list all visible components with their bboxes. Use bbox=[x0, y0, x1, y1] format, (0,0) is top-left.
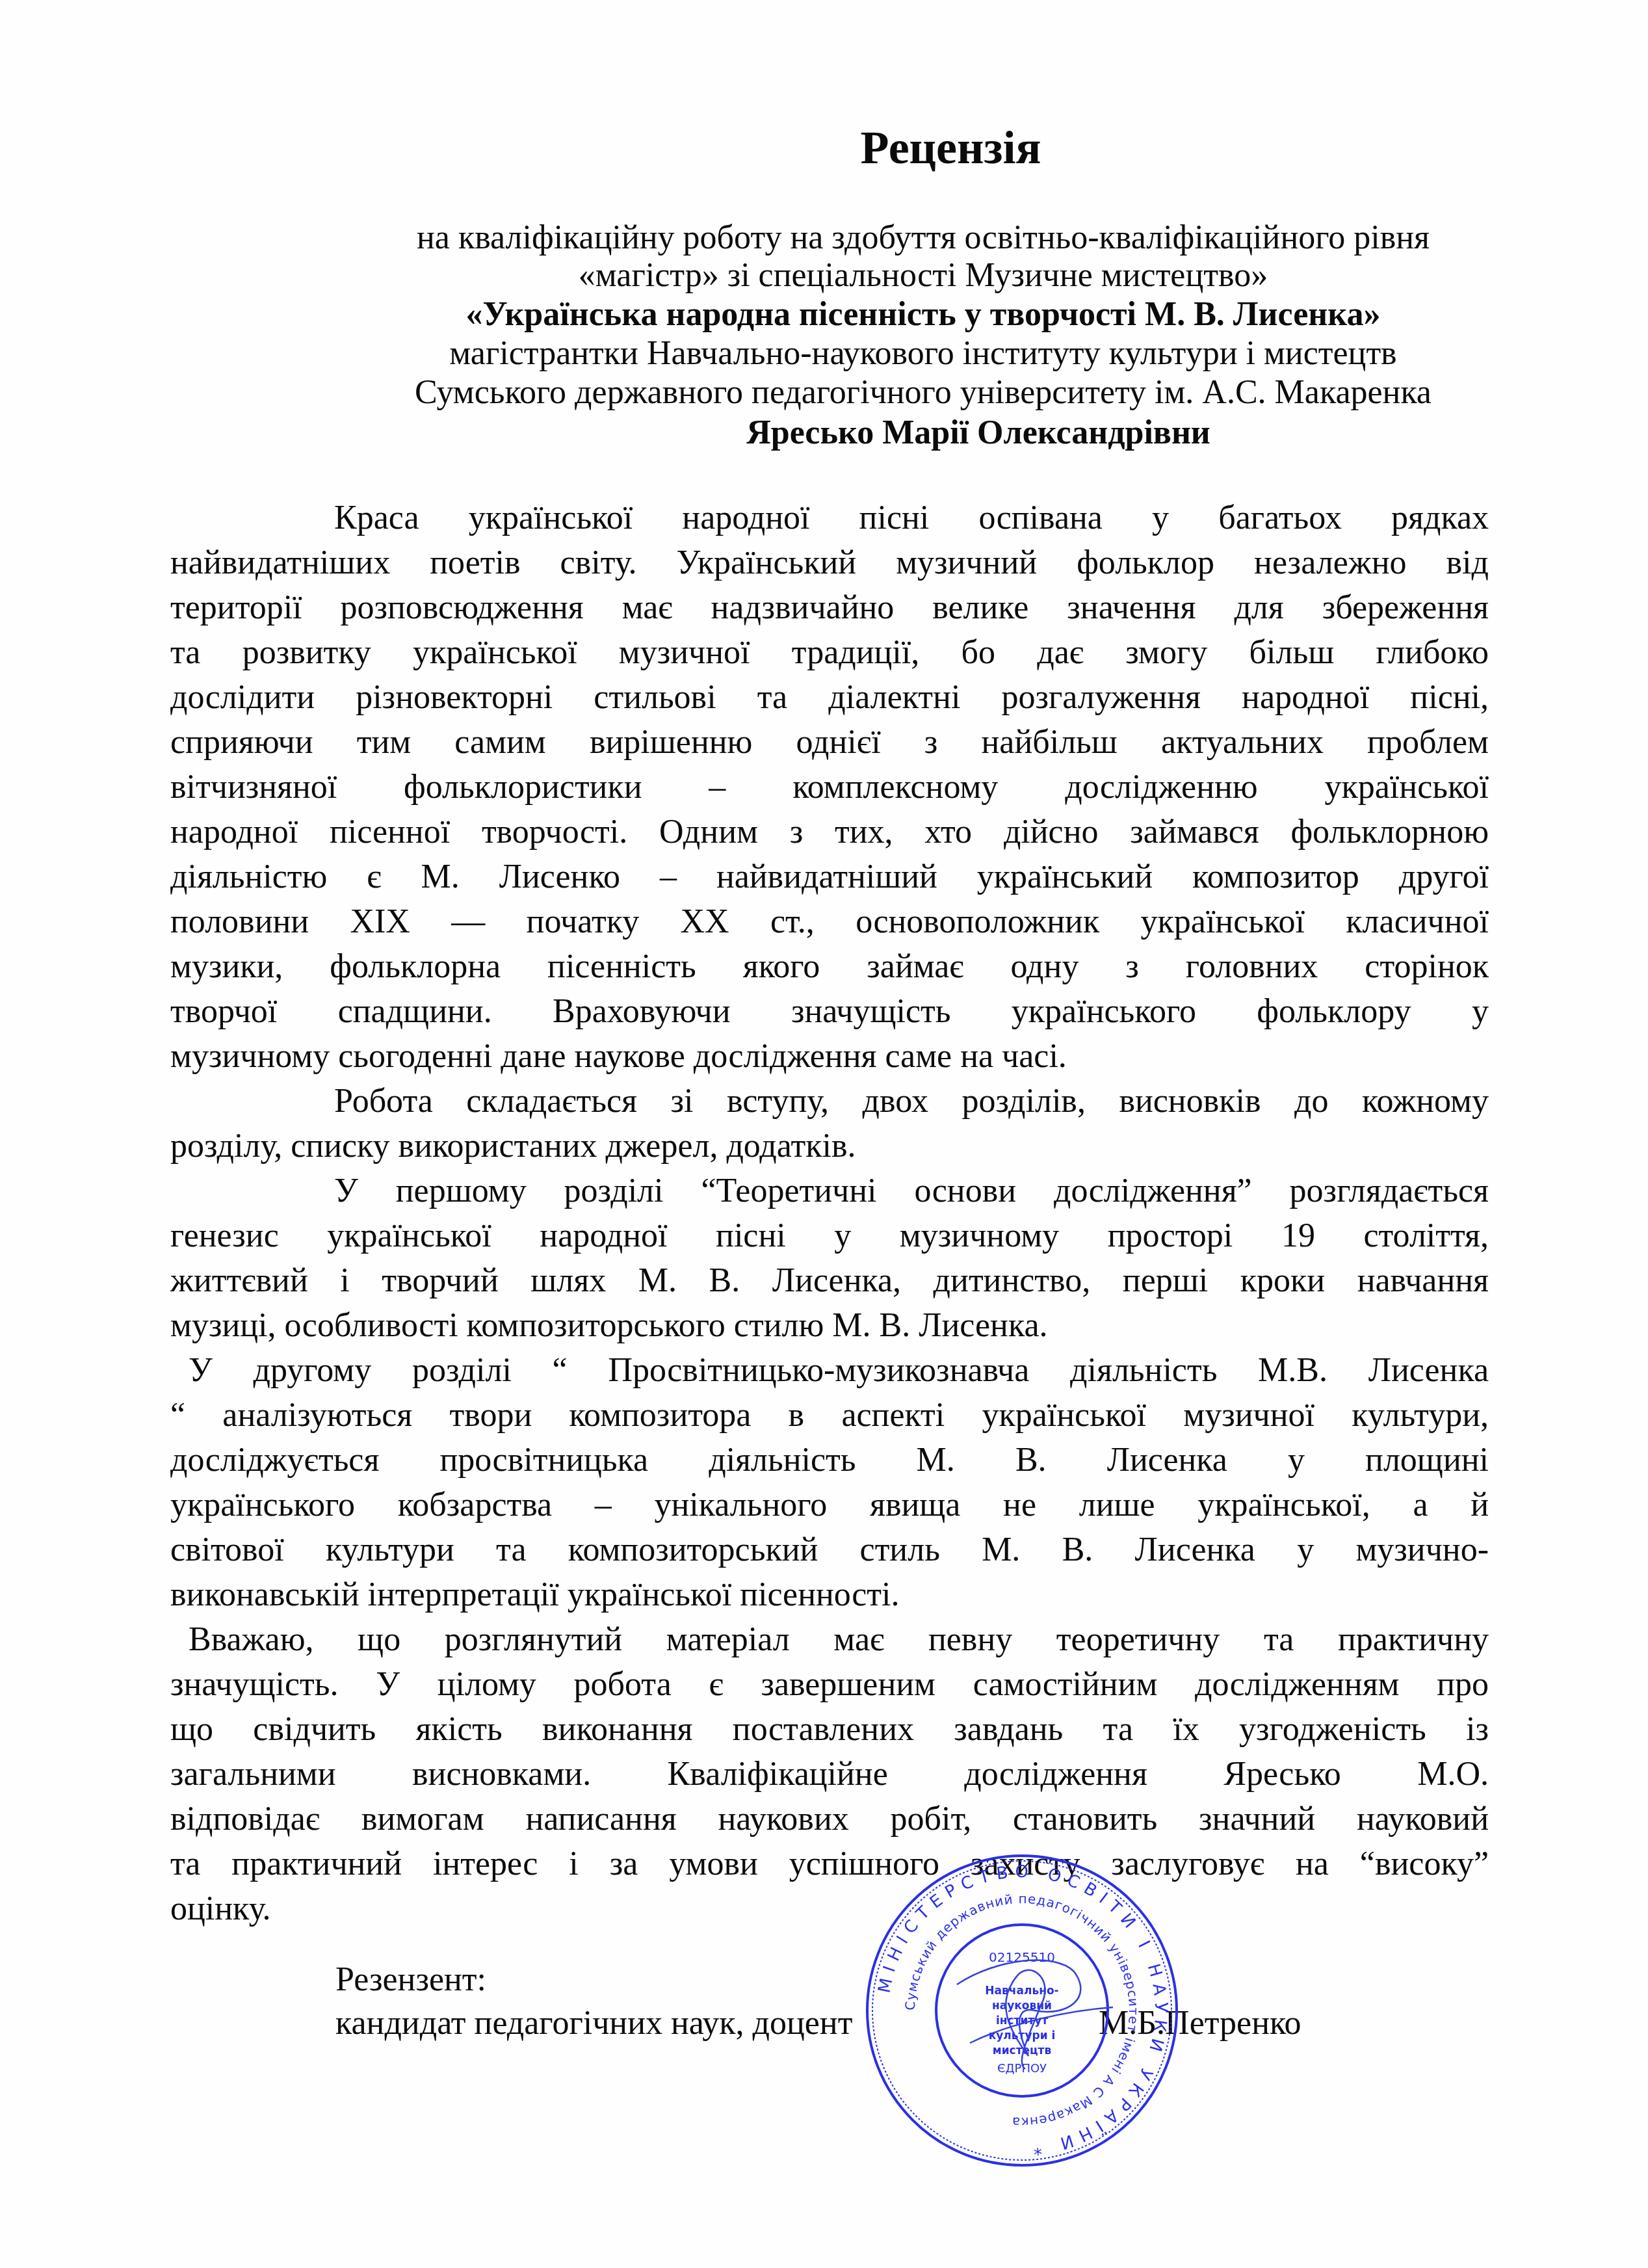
body-line: розділу, списку використаних джерел, дод… bbox=[170, 1124, 1489, 1168]
body-line: українського кобзарства – унікального яв… bbox=[170, 1483, 1489, 1527]
body-line: вітчизняної фольклористики – комплексном… bbox=[170, 765, 1489, 810]
body-line: Краса української народної пісні оспіван… bbox=[334, 495, 1489, 540]
official-stamp-icon: МІНІСТЕРСТВО ОСВІТИ І НАУКИ УКРАЇНИ * Су… bbox=[859, 1848, 1184, 2173]
body-line: У першому розділі “Теоретичні основи дос… bbox=[334, 1168, 1489, 1213]
body-line: та практичний інтерес і за умови успішно… bbox=[170, 1841, 1489, 1886]
body-line: У другому розділі “ Просвітницько-музико… bbox=[189, 1348, 1489, 1393]
body-line: діяльністю є М. Лисенко – найвидатніший … bbox=[170, 854, 1489, 899]
body-line: музиці, особливості композиторського сти… bbox=[170, 1303, 1489, 1348]
body-line: генезис української народної пісні у муз… bbox=[170, 1213, 1489, 1258]
body-line: загальними висновками. Кваліфікаційне до… bbox=[170, 1752, 1489, 1797]
body-line: музики, фольклорна пісенність якого займ… bbox=[170, 944, 1489, 989]
body-line: досліджується просвітницька діяльність М… bbox=[170, 1438, 1489, 1483]
reviewer-label: Резензент: bbox=[335, 1960, 486, 1999]
svg-text:02125510: 02125510 bbox=[989, 1949, 1055, 1965]
body-line: дослідити різновекторні стильові та діал… bbox=[170, 675, 1489, 720]
body-line: сприяючи тим самим вирішенню однієї з на… bbox=[170, 720, 1489, 765]
header-line-institute: магістрантки Навчально-наукового інститу… bbox=[260, 334, 1586, 373]
header-line-university: Сумського державного педагогічного уніве… bbox=[260, 373, 1586, 412]
body-line: “ аналізуються твори композитора в аспек… bbox=[170, 1393, 1489, 1438]
header-line-student-name: Яресько Марії Олександрівни bbox=[260, 414, 1586, 453]
body-line: значущість. У цілому робота є завершеним… bbox=[170, 1662, 1489, 1707]
body-line: оцінку. bbox=[170, 1886, 1489, 1931]
body-line: світової культури та композиторський сти… bbox=[170, 1527, 1489, 1572]
svg-text:інститут: інститут bbox=[996, 2014, 1048, 2027]
document-title: Рецензія bbox=[0, 121, 1648, 175]
header-line-work-type: на кваліфікаційну роботу на здобуття осв… bbox=[260, 218, 1586, 257]
body-line: творчої спадщини. Враховуючи значущість … bbox=[170, 989, 1489, 1034]
svg-text:Навчально-: Навчально- bbox=[985, 1984, 1058, 1998]
body-line: половини XIX — початку XX ст., основопол… bbox=[170, 899, 1489, 944]
body-line: життєвий і творчий шлях М. В. Лисенка, д… bbox=[170, 1258, 1489, 1303]
body-line: виконавській інтерпретації української п… bbox=[170, 1572, 1489, 1617]
body-line: народної пісенної творчості. Одним з тих… bbox=[170, 810, 1489, 854]
body-line: відповідає вимогам написання наукових ро… bbox=[170, 1797, 1489, 1841]
body-line: Вважаю, що розглянутий матеріал має певн… bbox=[189, 1617, 1489, 1662]
body-line: що свідчить якість виконання поставлених… bbox=[170, 1707, 1489, 1752]
body-line: та розвитку української музичної традиці… bbox=[170, 630, 1489, 675]
body-line: Робота складається зі вступу, двох розді… bbox=[334, 1079, 1489, 1124]
document-page: Рецензія на кваліфікаційну роботу на здо… bbox=[0, 0, 1648, 2268]
body-line: музичному сьогоденні дане наукове дослід… bbox=[170, 1034, 1489, 1079]
reviewer-position: кандидат педагогічних наук, доцент bbox=[335, 2004, 852, 2042]
body-line: найвидатніших поетів світу. Український … bbox=[170, 540, 1489, 585]
body-line: території розповсюдження має надзвичайно… bbox=[170, 585, 1489, 630]
header-line-thesis-title: «Українська народна пісенність у творчос… bbox=[260, 295, 1586, 334]
header-line-specialty: «магістр» зі спеціальності Музичне мисте… bbox=[260, 256, 1586, 295]
